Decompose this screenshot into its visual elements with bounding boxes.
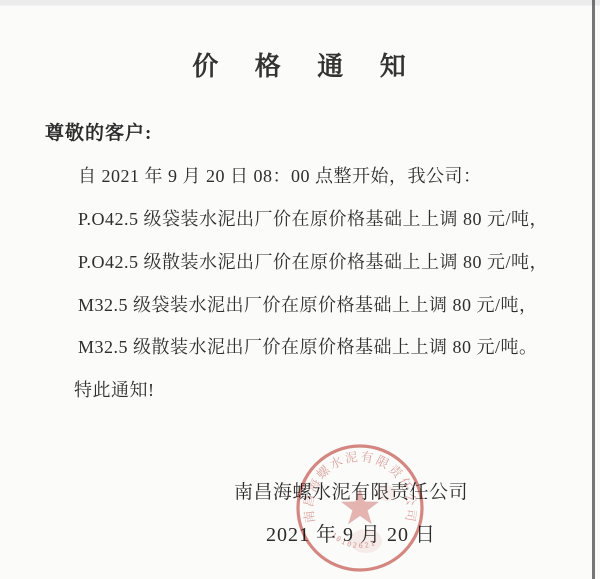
document-title: 价 格 通 知 xyxy=(0,46,600,83)
price-line: P.O42.5 级散装水泥出厂价在原价格基础上上调 80 元/吨， xyxy=(78,248,548,274)
scan-edge-right xyxy=(592,0,595,579)
price-line: M32.5 级袋装水泥出厂价在原价格基础上上调 80 元/吨， xyxy=(78,291,538,317)
company-name: 南昌海螺水泥有限责任公司 xyxy=(228,477,474,504)
signature-block: 南昌海螺水泥有限责任公司 2021 年 9 月 20 日 xyxy=(228,477,474,547)
price-line: M32.5 级散装水泥出厂价在原价格基础上上调 80 元/吨。 xyxy=(78,333,538,359)
closing-line: 特此通知! xyxy=(74,376,155,402)
intro-line: 自 2021 年 9 月 20 日 08：00 点整开始，我公司： xyxy=(78,162,482,188)
greeting: 尊敬的客户: xyxy=(45,118,152,145)
price-line: P.O42.5 级袋装水泥出厂价在原价格基础上上调 80 元/吨， xyxy=(78,205,548,231)
scan-edge-top xyxy=(0,0,600,6)
signature-date: 2021 年 9 月 20 日 xyxy=(228,518,474,547)
document-page: 价 格 通 知 尊敬的客户: 自 2021 年 9 月 20 日 08：00 点… xyxy=(0,0,600,579)
